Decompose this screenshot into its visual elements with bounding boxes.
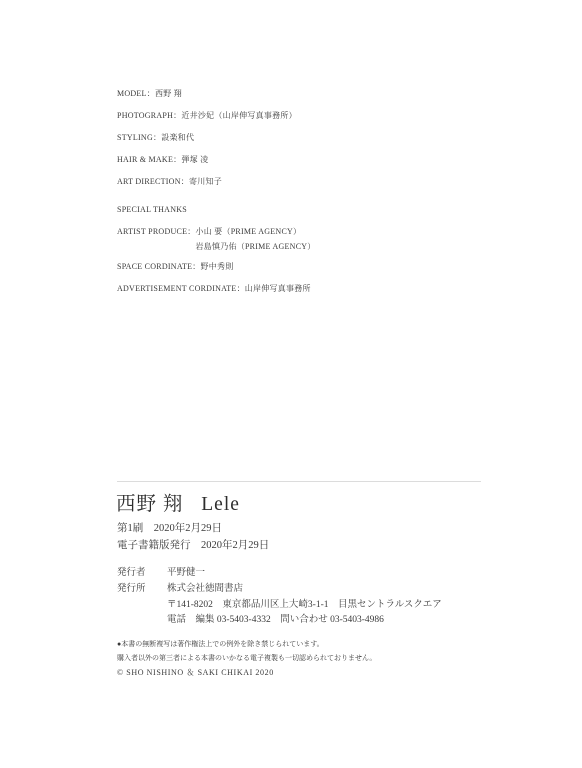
publisher-label-issuer: 発行者 [117,566,167,582]
publisher-label-company: 発行所 [117,582,167,598]
edition-block: 第1刷 2020年2月29日 電子書籍版発行 2020年2月29日 [117,521,269,554]
credit-space-cordinate: SPACE CORDINATE：野中秀則 [117,256,311,278]
book-title-subtitle: Lele [201,494,240,515]
credit-styling: STYLING：設楽和代 [117,127,297,149]
notice-line-1: ●本書の無断複写は著作権法上での例外を除き禁じられています。 [117,637,376,651]
publisher-row-phone: 電話 編集 03-5403-4332 問い合わせ 03-5403-4986 [117,613,442,629]
publisher-row-issuer: 発行者 平野健一 [117,566,442,582]
credit-artist-produce: ARTIST PRODUCE： 小山 要（PRIME AGENCY） 岩島慎乃佑… [117,225,316,254]
book-title: 西野 翔 Lele [116,488,240,516]
notice-line-2: 購入者以外の第三者による本書のいかなる電子複製も一切認められておりません。 [117,651,376,665]
colophon-page: MODEL：西野 翔 PHOTOGRAPH：近井沙妃（山岸伸写真事務所） STY… [0,0,582,768]
publisher-block: 発行者 平野健一 発行所 株式会社徳間書店 〒141-8202 東京都品川区上大… [117,566,442,629]
credit-hair-make: HAIR & MAKE：弾塚 凌 [117,149,297,171]
coordinate-block: SPACE CORDINATE：野中秀則 ADVERTISEMENT CORDI… [117,256,311,300]
divider-line [117,481,481,482]
publisher-value-address: 〒141-8202 東京都品川区上大崎3-1-1 目黒セントラルスクエア [167,598,442,614]
special-thanks-block: SPECIAL THANKS ARTIST PRODUCE： 小山 要（PRIM… [117,199,316,254]
credit-advertisement-cordinate: ADVERTISEMENT CORDINATE：山岸伸写真事務所 [117,278,311,300]
copyright-notice-block: ●本書の無断複写は著作権法上での例外を除き禁じられています。 購入者以外の第三者… [117,637,376,665]
publisher-value-company: 株式会社徳間書店 [167,582,243,598]
artist-produce-name-1: 小山 要（PRIME AGENCY） [195,225,315,240]
credit-model: MODEL：西野 翔 [117,83,297,105]
publisher-label-phone [117,613,167,629]
credits-block: MODEL：西野 翔 PHOTOGRAPH：近井沙妃（山岸伸写真事務所） STY… [117,83,297,193]
publisher-label-address [117,598,167,614]
artist-produce-name-2: 岩島慎乃佑（PRIME AGENCY） [195,240,315,255]
book-title-name: 西野 翔 [116,494,183,515]
publisher-row-address: 〒141-8202 東京都品川区上大崎3-1-1 目黒セントラルスクエア [117,598,442,614]
artist-produce-names: 小山 要（PRIME AGENCY） 岩島慎乃佑（PRIME AGENCY） [195,225,315,254]
artist-produce-label: ARTIST PRODUCE： [117,225,195,254]
publisher-row-company: 発行所 株式会社徳間書店 [117,582,442,598]
credit-art-direction: ART DIRECTION：寄川知子 [117,171,297,193]
edition-first-printing: 第1刷 2020年2月29日 [117,521,269,538]
copyright-line: © SHO NISHINO ＆ SAKI CHIKAI 2020 [117,667,274,678]
publisher-value-issuer: 平野健一 [167,566,205,582]
publisher-value-phone: 電話 編集 03-5403-4332 問い合わせ 03-5403-4986 [167,613,384,629]
credit-photograph: PHOTOGRAPH：近井沙妃（山岸伸写真事務所） [117,105,297,127]
edition-ebook-release: 電子書籍版発行 2020年2月29日 [117,538,269,555]
special-thanks-heading: SPECIAL THANKS [117,199,316,221]
